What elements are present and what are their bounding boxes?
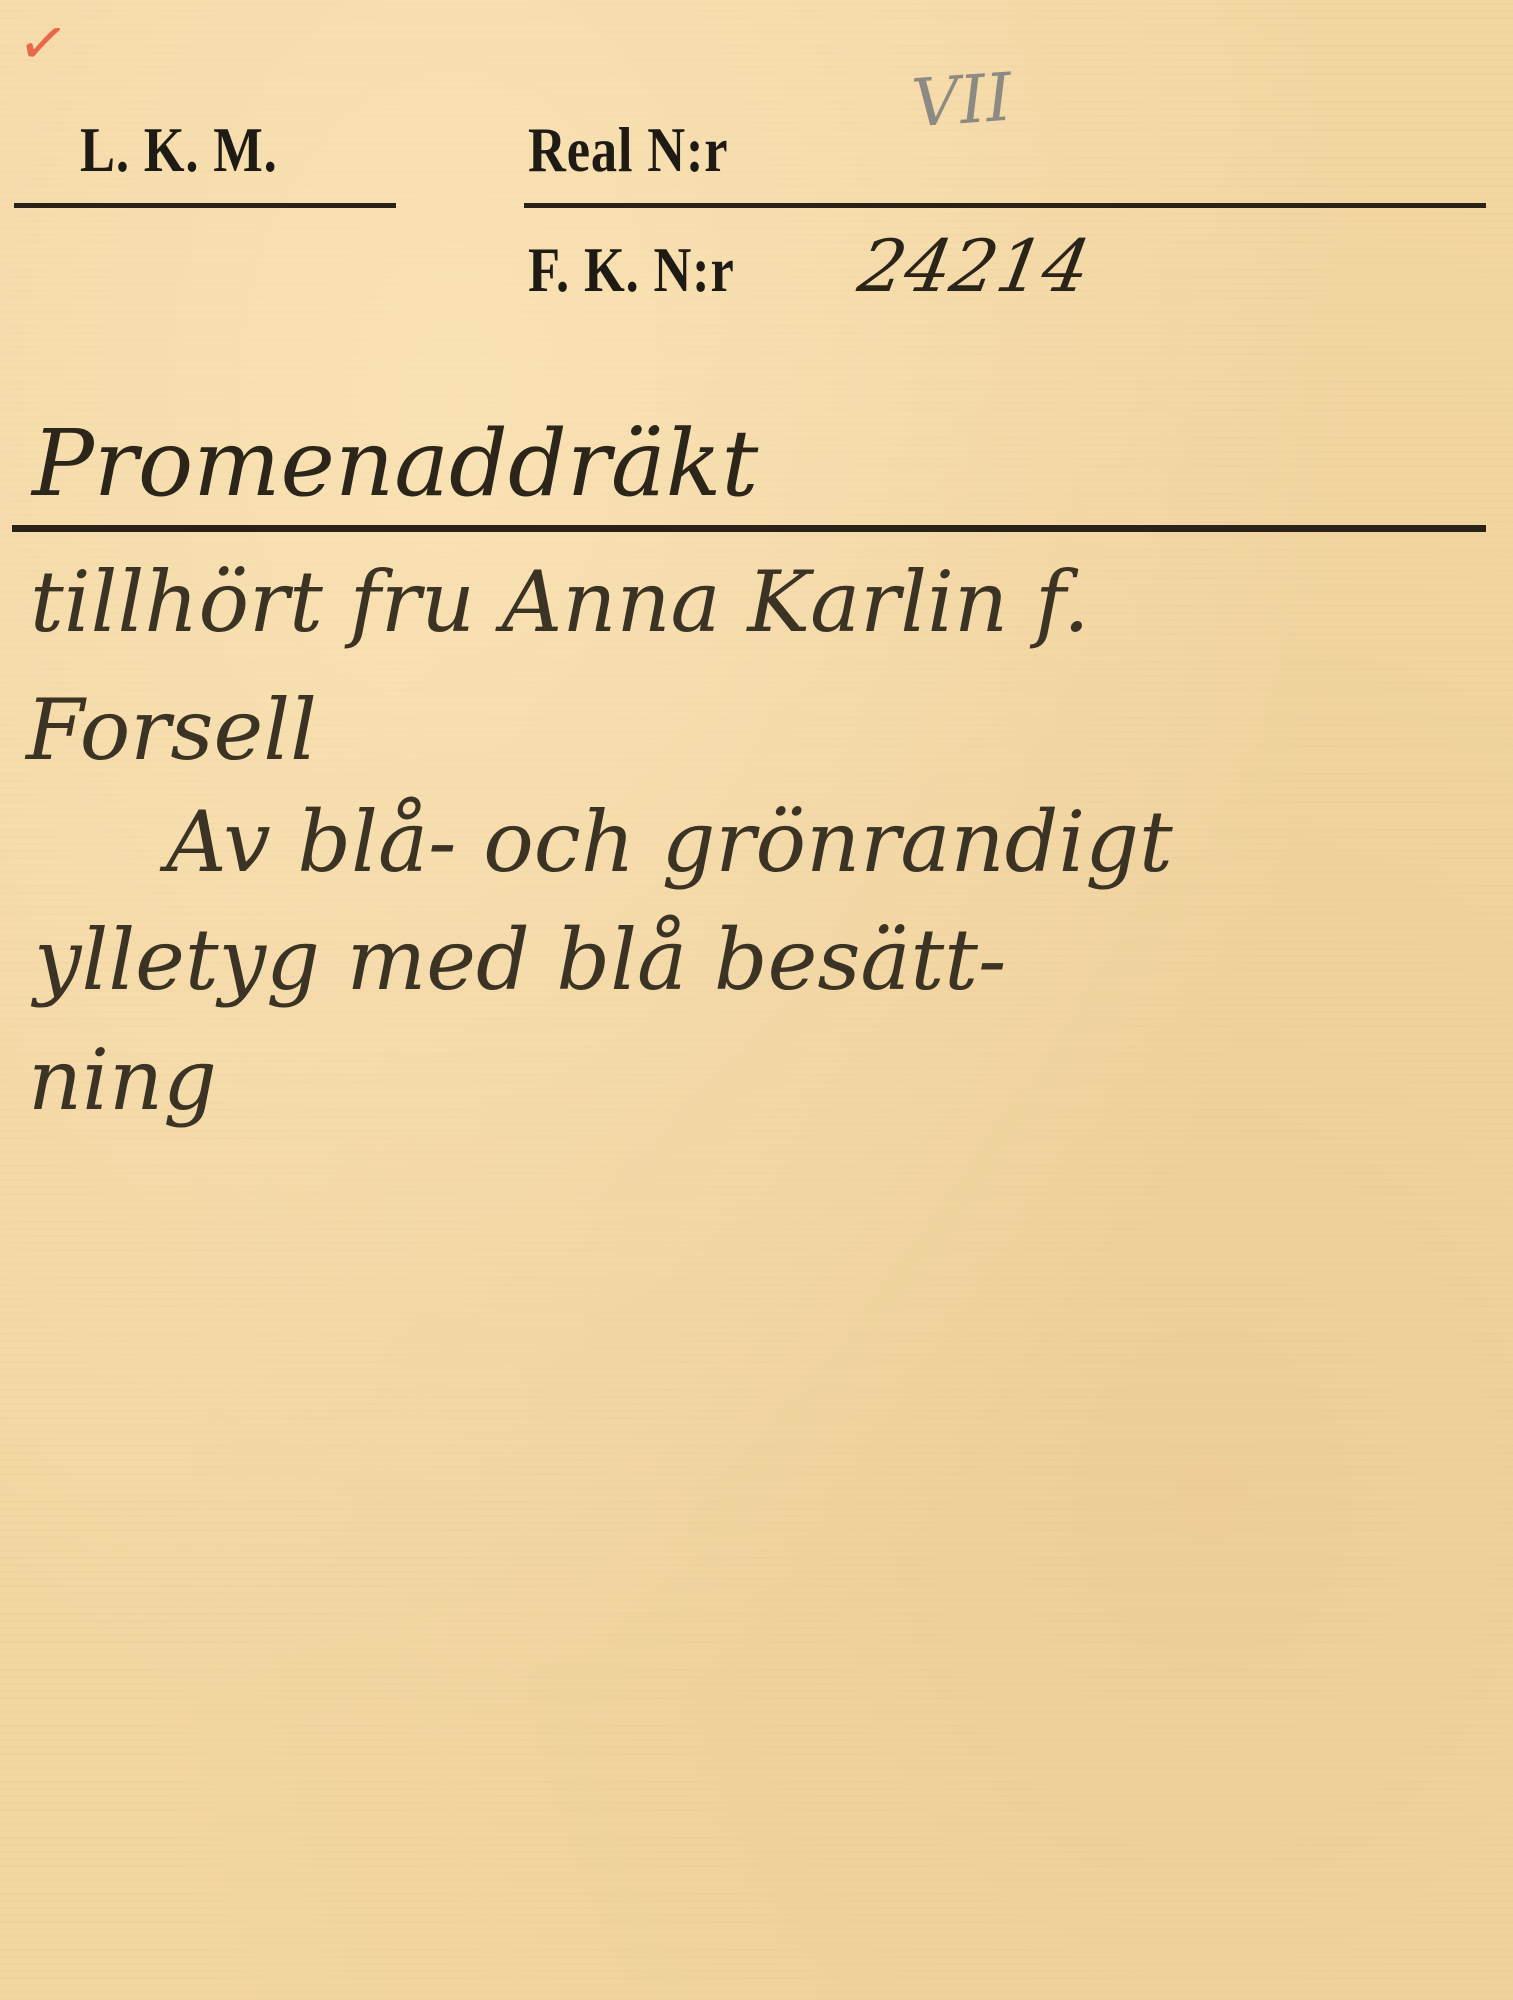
description-line-1: tillhört fru Anna Karlin f. bbox=[30, 560, 1090, 644]
description-line-2: Forsell bbox=[26, 688, 317, 772]
description-line-3: Av blå- och grönrandigt bbox=[166, 800, 1173, 884]
real-nr-value: VII bbox=[910, 65, 1014, 138]
description-line-4: ylletyg med blå besätt- bbox=[34, 918, 1006, 1002]
title-underline-divider bbox=[12, 525, 1486, 532]
lkm-label: L. K. M. bbox=[80, 118, 278, 182]
red-check-mark-icon: ✓ bbox=[14, 11, 72, 77]
real-nr-label: Real N:r bbox=[528, 118, 728, 182]
real-nr-underline-divider bbox=[524, 203, 1486, 208]
lkm-underline-divider bbox=[14, 203, 396, 208]
description-line-5: ning bbox=[28, 1038, 217, 1122]
fk-nr-value: 24214 bbox=[854, 230, 1096, 302]
object-title: Promenaddräkt bbox=[32, 418, 758, 510]
catalogue-card: ✓ L. K. M. Real N:r VII F. K. N:r 24214 … bbox=[0, 0, 1513, 2000]
fk-nr-label: F. K. N:r bbox=[528, 238, 735, 302]
